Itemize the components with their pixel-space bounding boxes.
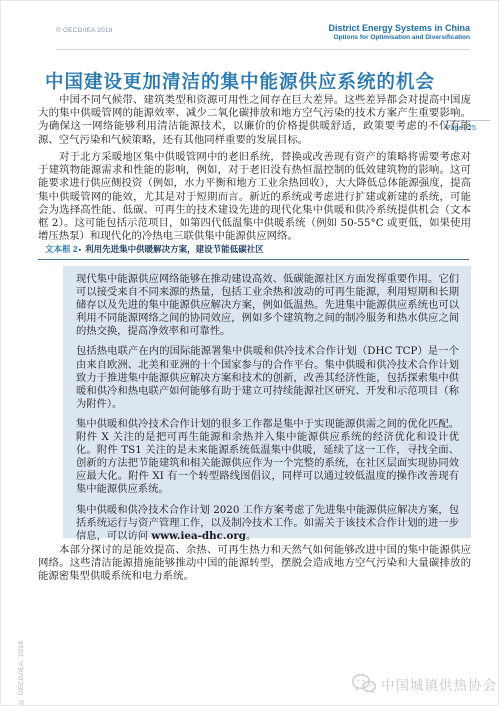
header-doc-subtitle: Options for Optimisation and Diversifica… — [328, 34, 470, 42]
rotated-copyright: © OECD/IEA, 2018 — [18, 613, 25, 705]
textbox-paragraph-3: 集中供暖和供冷技术合作计划的很多工作都是集中于实现能源供需之间的优化匹配。附件 … — [76, 418, 459, 497]
bullet-icon: ▪ — [79, 247, 81, 254]
textbox-body: 现代集中能源供应网络能够在推动建设高效、低碳能源社区方面发挥重要作用。它们可以接… — [63, 266, 471, 538]
textbox-label: 文本框 2 — [45, 244, 78, 254]
section-title: 中国建设更加清洁的集中能源供应系统的机会 — [45, 70, 475, 94]
textbox-rule — [38, 259, 469, 260]
header-doc-info: District Energy Systems in China Options… — [328, 23, 470, 42]
closing-paragraph: 本部分探讨的是能效提高、余热、可再生热力和天然气如何能够改进中国的集中能源供应网… — [38, 544, 471, 584]
textbox-paragraph-4: 集中供暖和供冷技术合作计划 2020 工作方案考虑了先进集中能源供应解决方案，包… — [76, 504, 459, 543]
textbox-paragraph-2: 包括热电联产在内的国际能源署集中供暖和供冷技术合作计划（DHC TCP）是一个由… — [76, 345, 459, 410]
textbox-paragraph-1: 现代集中能源供应网络能够在推动建设高效、低碳能源社区方面发挥重要作用。它们可以接… — [76, 273, 459, 338]
body-paragraph-2: 对于北方采暖地区集中供暖管网中的老旧系统，替换或改善现有资产的策略将需要考虑对于… — [38, 151, 471, 243]
document-page: © OECD/IEA 2018 District Energy Systems … — [0, 0, 499, 706]
wechat-icon — [351, 673, 377, 695]
header-rule — [56, 49, 470, 50]
body-paragraph-1: 中国不同气候带、建筑类型和资源可用性之间存在巨大差异。这些差异都会对提高中国庞大… — [38, 94, 471, 147]
textbox-title: 利用先进集中供暖解决方案，建设节能低碳社区 — [85, 244, 264, 254]
link-paragraph-after: 。 — [246, 530, 256, 542]
iea-dhc-link[interactable]: www.iea-dhc.org — [151, 530, 246, 542]
header-copyright: © OECD/IEA 2018 — [56, 27, 113, 34]
association-name: 中国城镇供热协会 — [381, 674, 497, 694]
header-doc-title: District Energy Systems in China — [328, 23, 470, 34]
textbox-caption: 文本框 2▪利用先进集中供暖解决方案，建设节能低碳社区 — [45, 244, 471, 256]
association-watermark: 中国城镇供热协会 — [351, 670, 497, 698]
link-paragraph-before: 集中供暖和供冷技术合作计划 2020 工作方案考虑了先进集中能源供应解决方案，包… — [76, 504, 459, 542]
